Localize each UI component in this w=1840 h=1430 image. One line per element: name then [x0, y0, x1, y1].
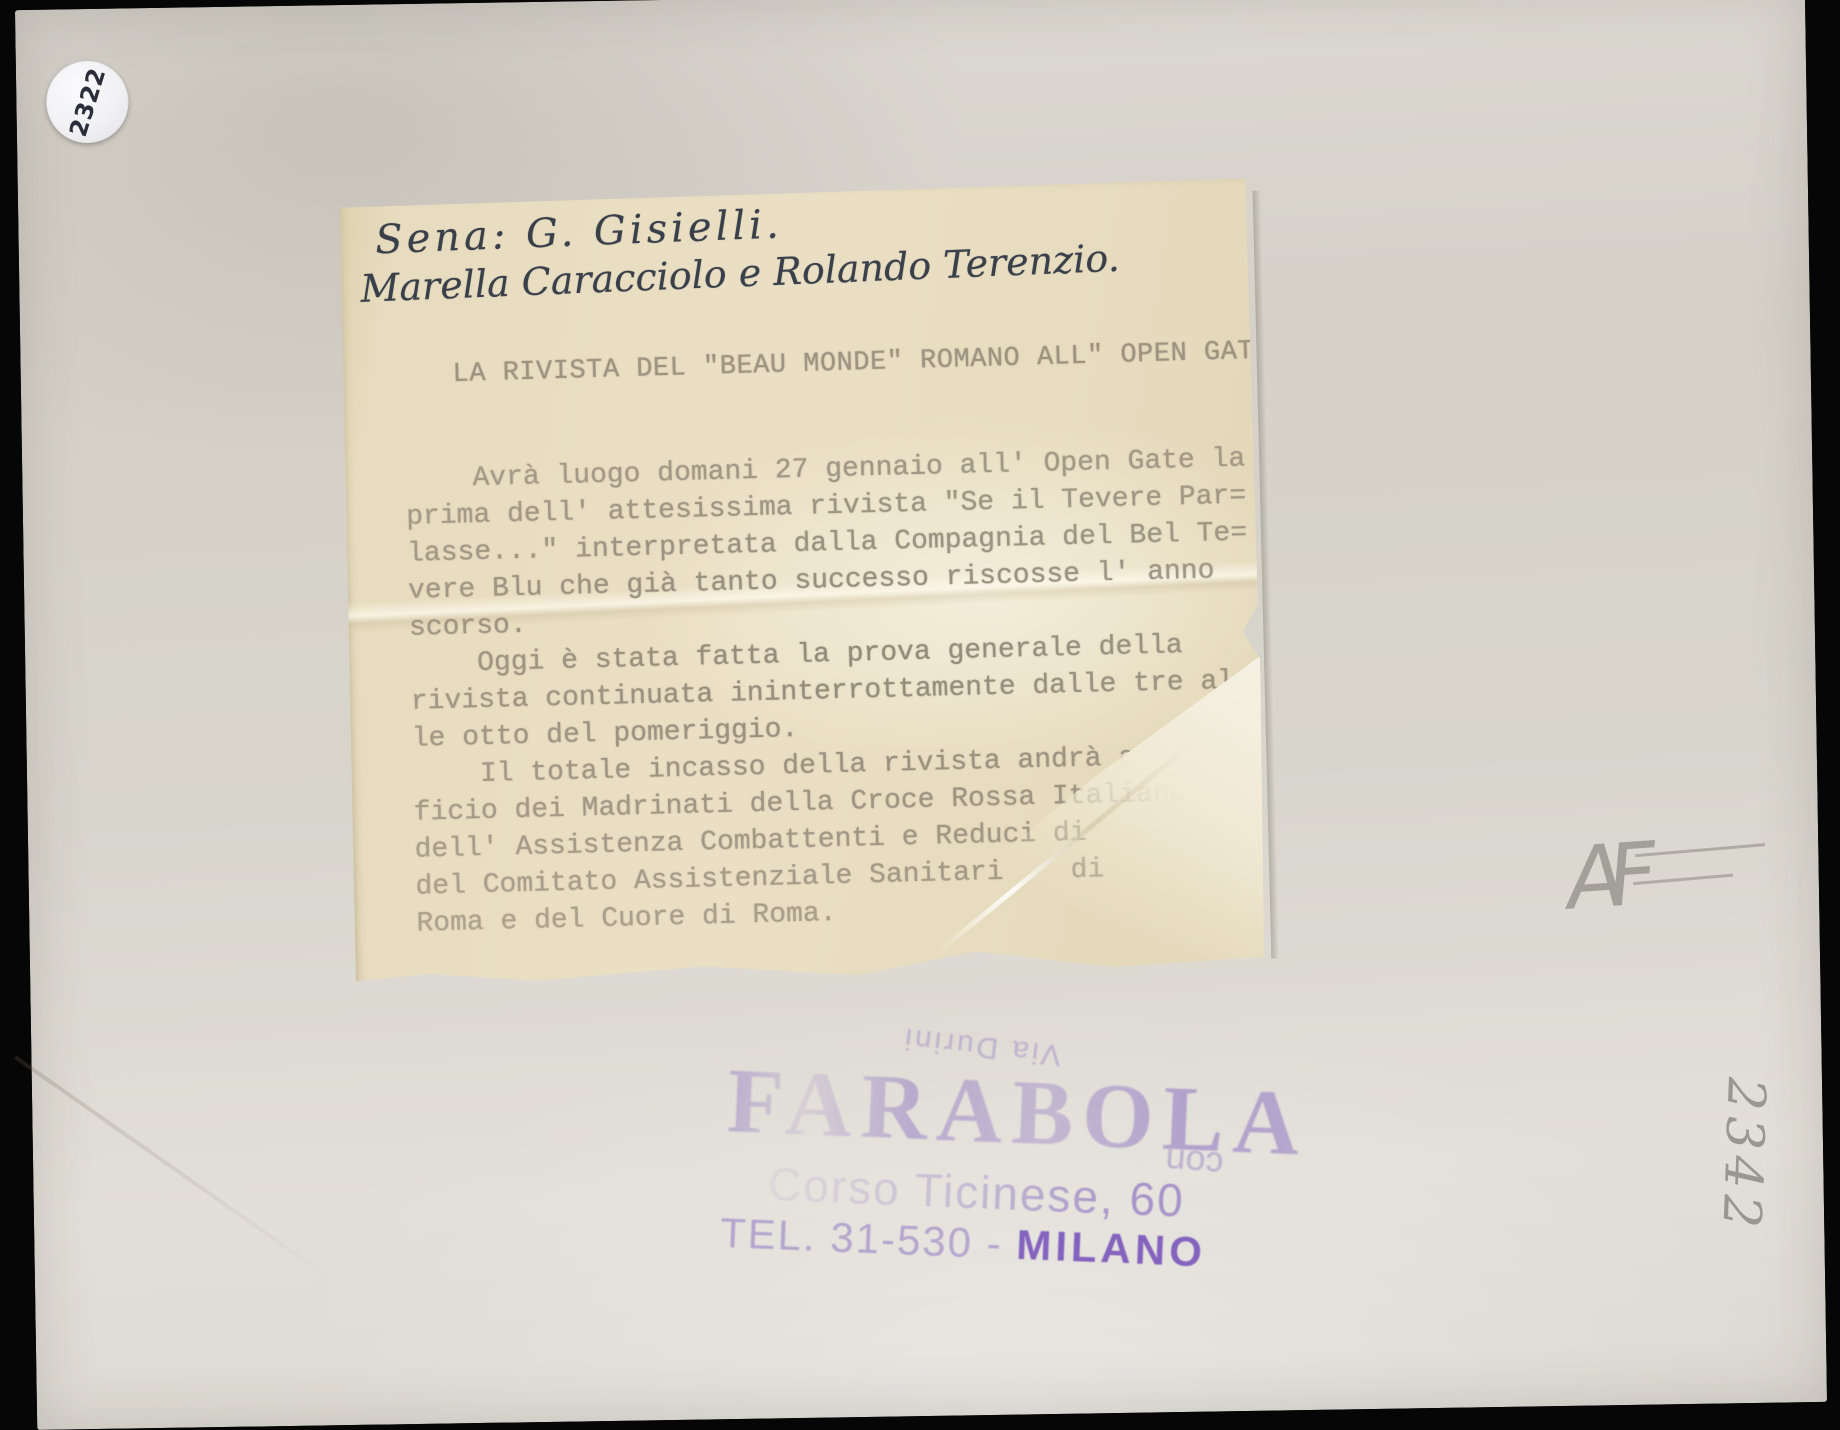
sticker-number: 2322 — [64, 64, 112, 140]
stamp-city: MILANO — [1015, 1221, 1206, 1276]
photo-back-paper: 2322 Sena: G. Gisielli. Marella Caraccio… — [15, 0, 1827, 1400]
crease-line — [14, 1055, 393, 1323]
stamp-phone-number: TEL. 31-530 - — [719, 1209, 1003, 1267]
pencil-stroke — [1633, 874, 1733, 886]
id-sticker: 2322 — [46, 60, 129, 143]
typed-caption-body: Avrà luogo domani 27 gennaio all' Open G… — [405, 441, 1257, 943]
pencil-initials: AF — [1562, 824, 1643, 930]
typed-caption-title: LA RIVISTA DEL "BEAU MONDE" ROMANO ALL" … — [452, 336, 1271, 390]
pencil-stroke — [1635, 843, 1765, 857]
pencil-initials-mark: AF — [1563, 825, 1642, 930]
farabola-stamp: Via Durini FARABOLA con Corso Ticinese, … — [692, 1026, 1262, 1298]
pencil-archive-number: 2342 — [1710, 1076, 1776, 1234]
caption-slip: Sena: G. Gisielli. Marella Caracciolo e … — [336, 178, 1268, 989]
